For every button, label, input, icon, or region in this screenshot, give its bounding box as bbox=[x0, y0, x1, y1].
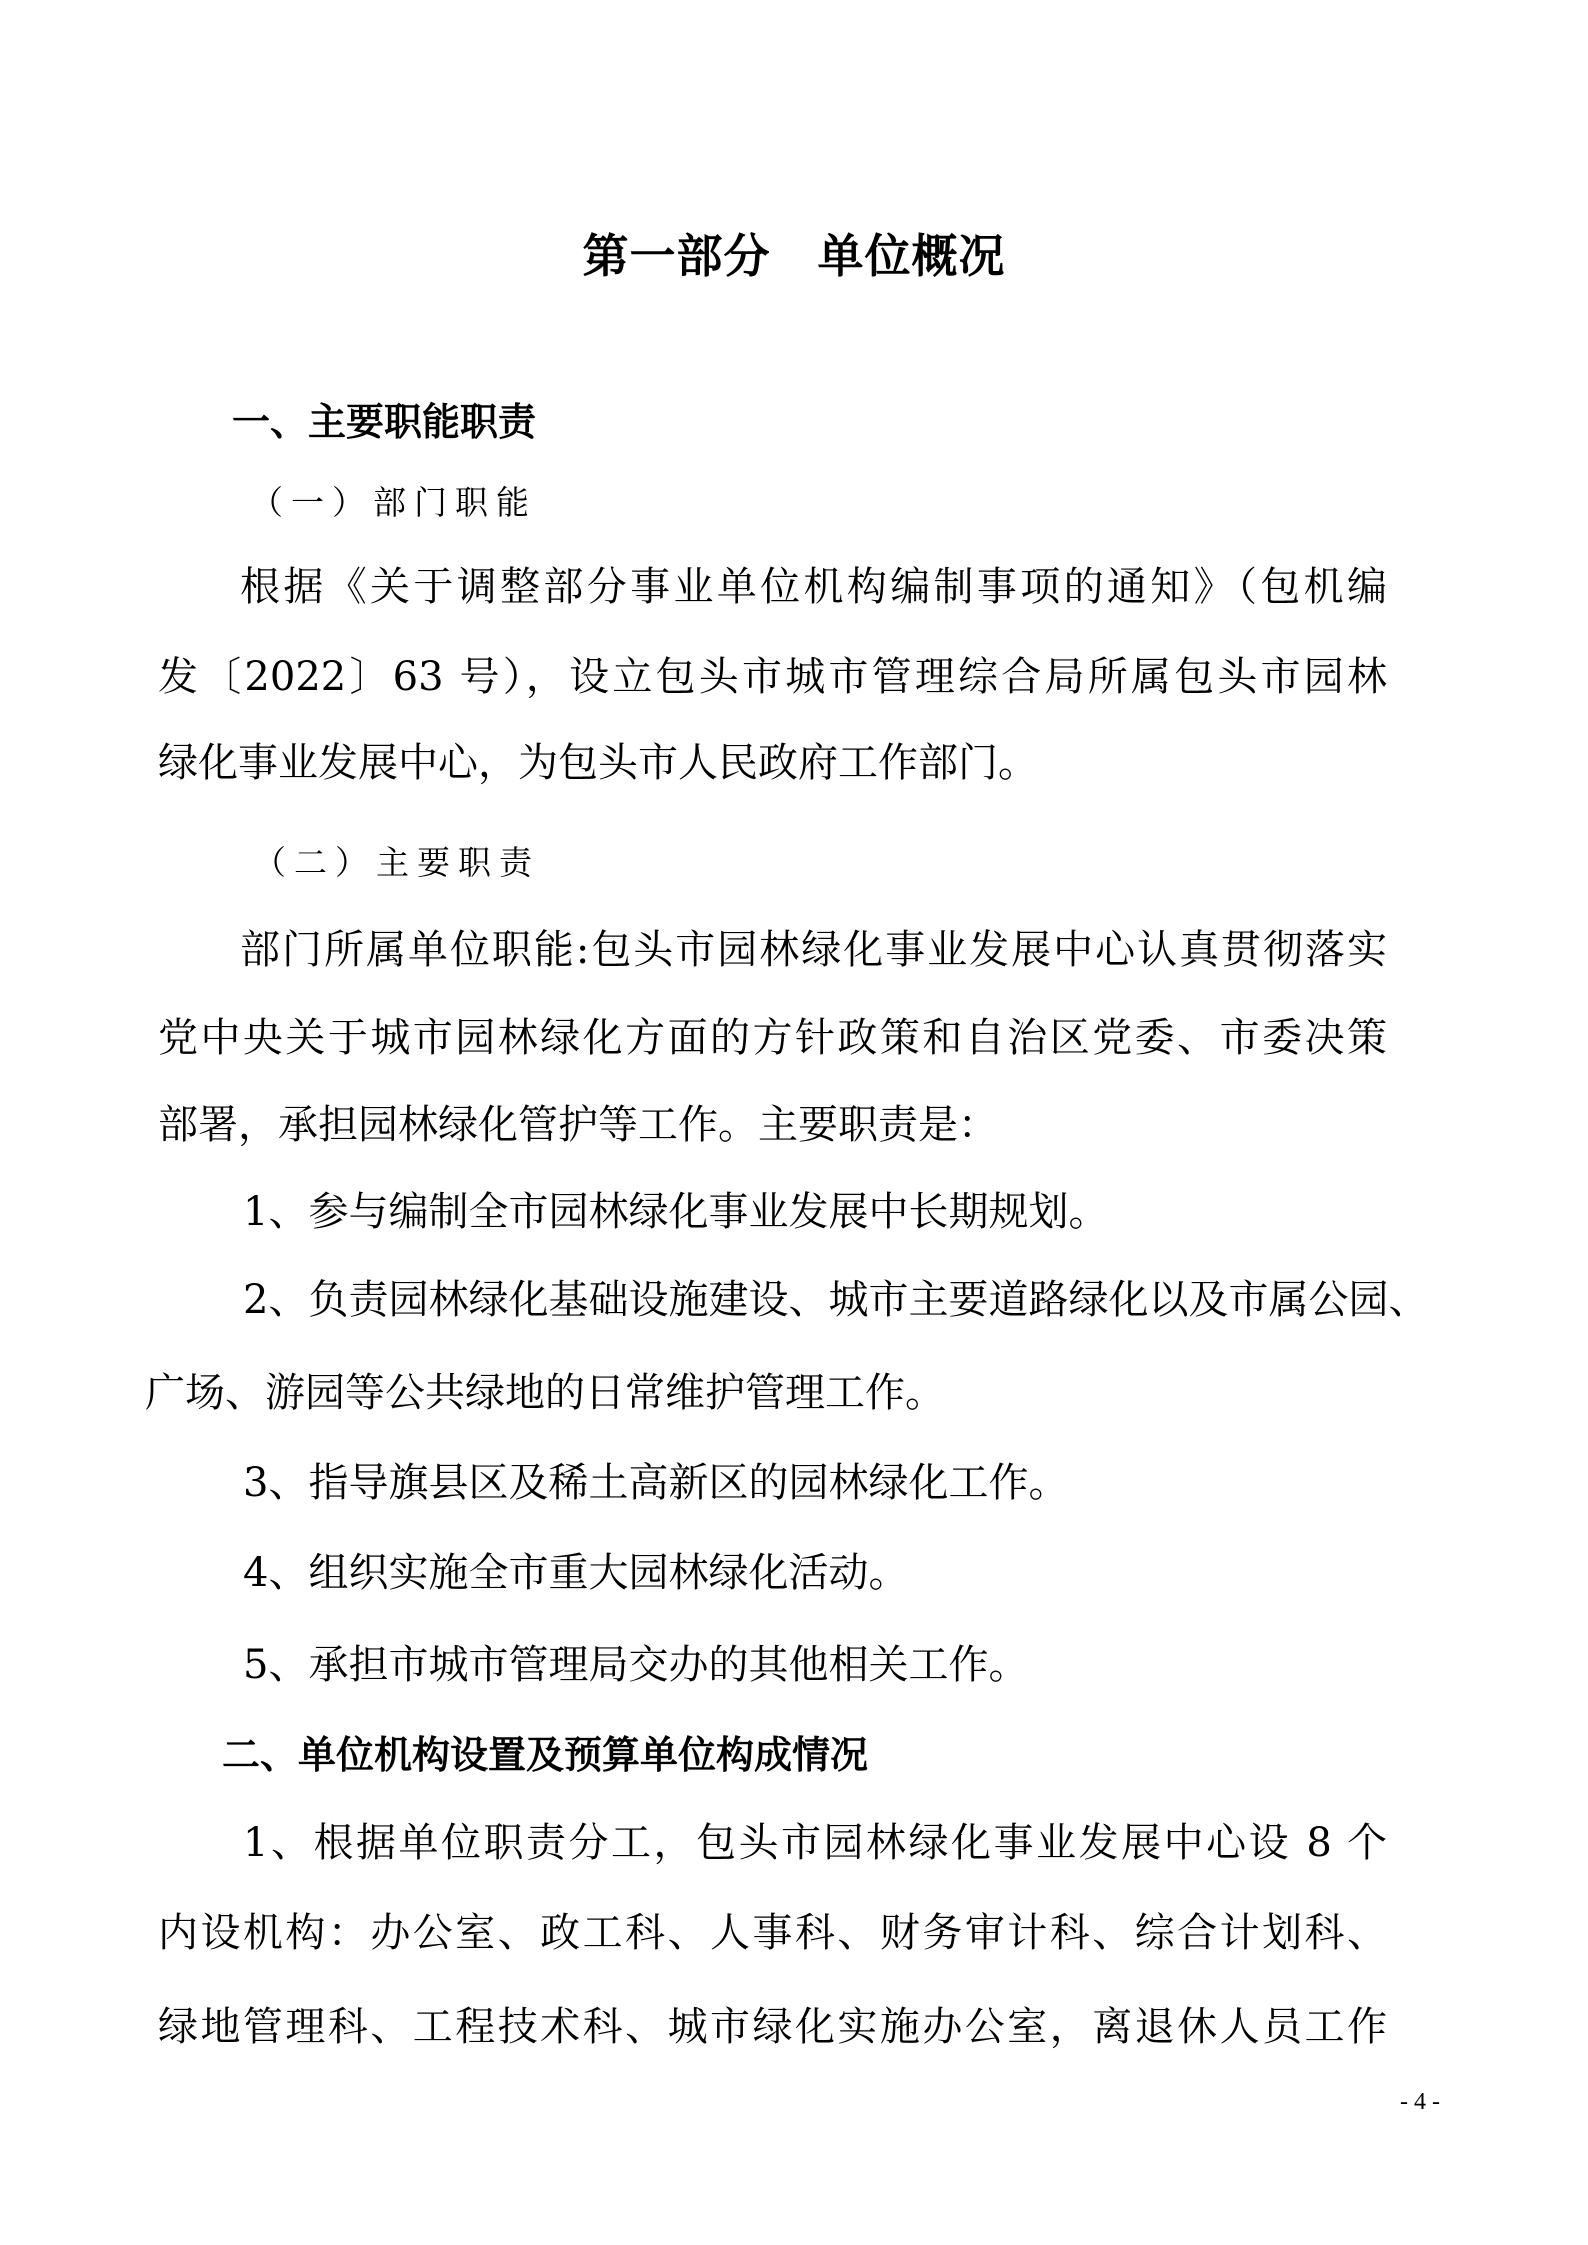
subheading-main-duties: （二）主要职责 bbox=[253, 846, 540, 879]
list-item: 3、指导旗县区及稀土高新区的园林绿化工作。 bbox=[243, 1463, 1068, 1503]
paragraph-line: 发〔2022〕63 号），设立包头市城市管理综合局所属包头市园林 bbox=[158, 657, 1387, 697]
paragraph-line: 绿化事业发展中心，为包头市人民政府工作部门。 bbox=[158, 743, 1038, 783]
list-item-continuation: 广场、游园等公共绿地的日常维护管理工作。 bbox=[145, 1373, 945, 1413]
subheading-department-functions: （一）部门职能 bbox=[250, 486, 537, 519]
page-number: - 4 - bbox=[1400, 2090, 1440, 2114]
list-item: 2、负责园林绿化基础设施建设、城市主要道路绿化以及市属公园、 bbox=[243, 1280, 1387, 1320]
list-item: 4、组织实施全市重大园林绿化活动。 bbox=[243, 1553, 908, 1593]
paragraph-line: 绿地管理科、工程技术科、城市绿化实施办公室，离退休人员工作 bbox=[158, 2007, 1387, 2047]
paragraph-line: 根据《关于调整部分事业单位机构编制事项的通知》（包机编 bbox=[240, 567, 1387, 607]
paragraph-line: 部门所属单位职能:包头市园林绿化事业发展中心认真贯彻落实 bbox=[240, 930, 1387, 970]
list-item: 5、承担市城市管理局交办的其他相关工作。 bbox=[243, 1645, 1028, 1685]
paragraph-line: 内设机构：办公室、政工科、人事科、财务审计科、综合计划科、 bbox=[158, 1913, 1387, 1953]
paragraph-line: 1、根据单位职责分工，包头市园林绿化事业发展中心设 8 个 bbox=[243, 1823, 1387, 1863]
page-title: 第一部分 单位概况 bbox=[0, 233, 1588, 279]
list-item: 1、参与编制全市园林绿化事业发展中长期规划。 bbox=[243, 1192, 1108, 1232]
paragraph-line: 部署，承担园林绿化管护等工作。主要职责是： bbox=[158, 1105, 998, 1145]
paragraph-line: 党中央关于城市园林绿化方面的方针政策和自治区党委、市委决策 bbox=[158, 1018, 1387, 1058]
section-heading-main-functions: 一、主要职能职责 bbox=[232, 403, 536, 441]
section-heading-organization: 二、单位机构设置及预算单位构成情况 bbox=[222, 1736, 868, 1774]
